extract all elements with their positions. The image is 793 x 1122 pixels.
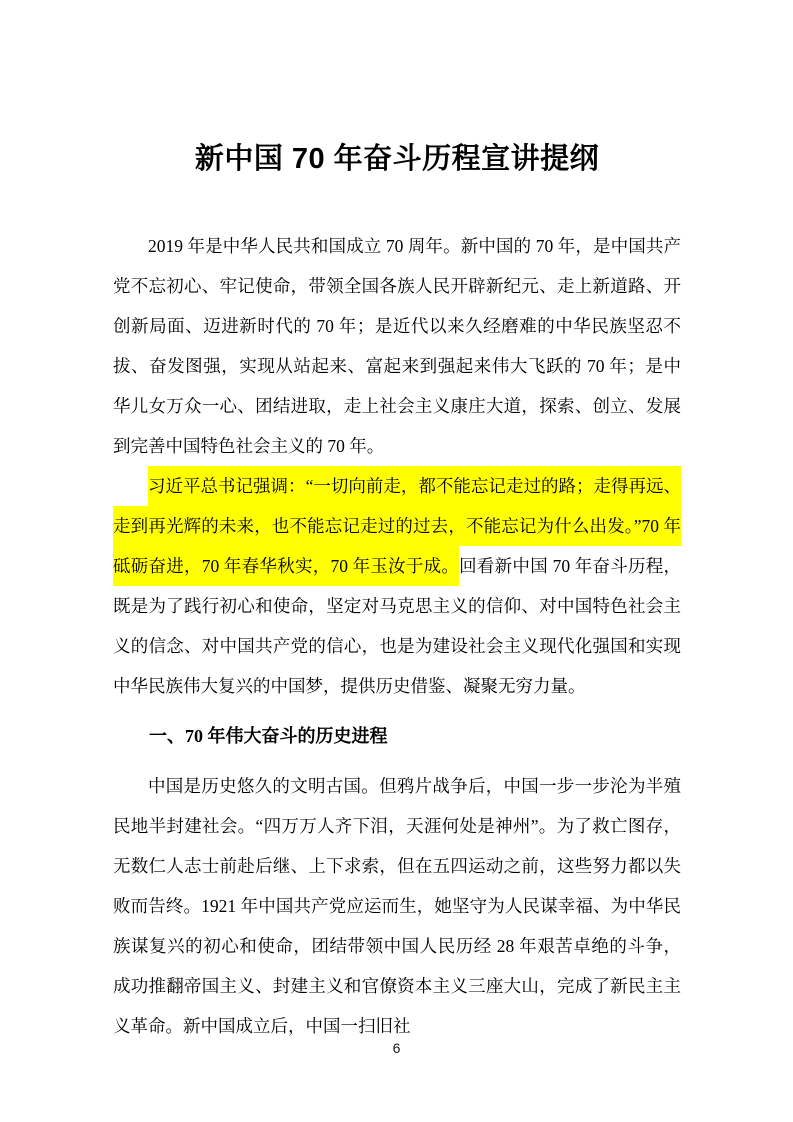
section-heading: 一、70 年伟大奋斗的历史进程	[113, 716, 681, 756]
document-title: 新中国 70 年奋斗历程宣讲提纲	[113, 138, 681, 180]
paragraph-quote: 习近平总书记强调：“一切向前走，都不能忘记走过的路；走得再远、走到再光辉的未来，…	[113, 466, 681, 706]
document-page: 新中国 70 年奋斗历程宣讲提纲 2019 年是中华人民共和国成立 70 周年。…	[0, 0, 793, 1122]
page-number: 6	[0, 1038, 793, 1058]
document-content: 新中国 70 年奋斗历程宣讲提纲 2019 年是中华人民共和国成立 70 周年。…	[0, 0, 793, 1046]
paragraph-intro: 2019 年是中华人民共和国成立 70 周年。新中国的 70 年，是中国共产党不…	[113, 226, 681, 466]
paragraph-history: 中国是历史悠久的文明古国。但鸦片战争后，中国一步一步沦为半殖民地半封建社会。“四…	[113, 766, 681, 1046]
